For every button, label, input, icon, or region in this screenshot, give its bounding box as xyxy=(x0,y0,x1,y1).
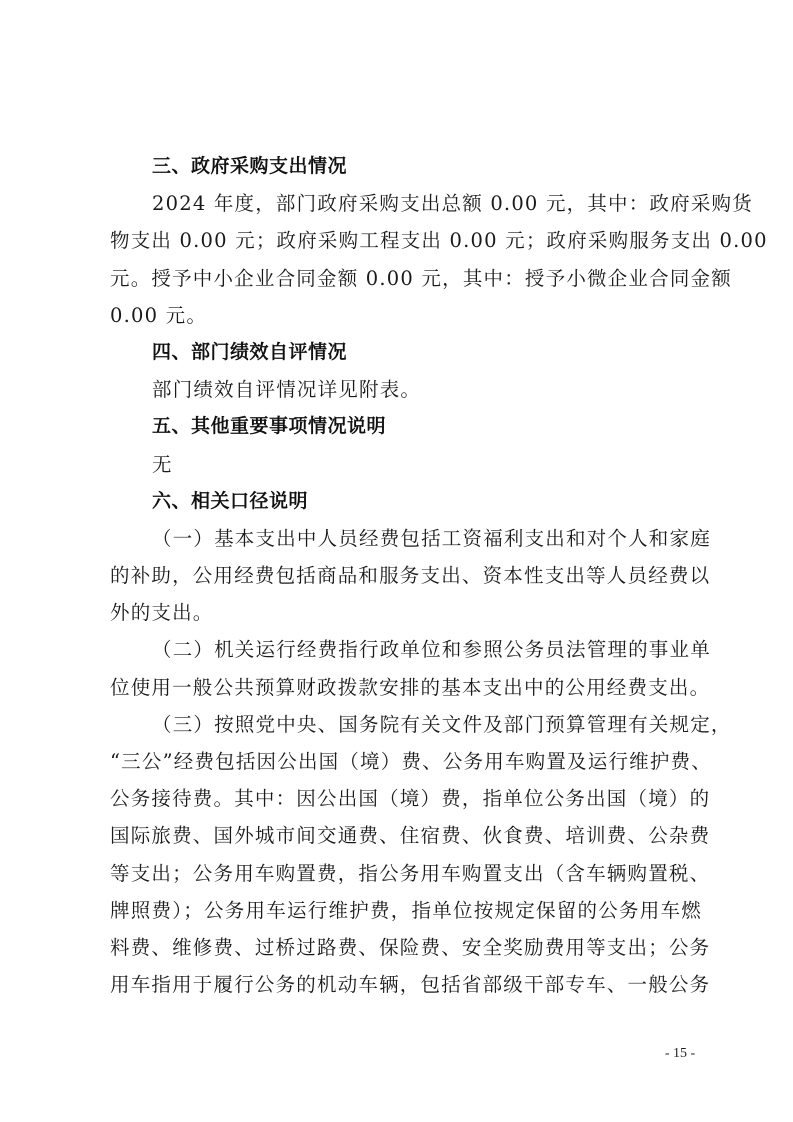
paragraph-line: （二）机关运行经费指行政单位和参照公务员法管理的事业单 xyxy=(110,631,702,668)
paragraph-line: （一）基本支出中人员经费包括工资福利支出和对个人和家庭 xyxy=(110,520,702,557)
paragraph-line: 等支出；公务用车购置费，指公务用车购置支出（含车辆购置税、 xyxy=(110,855,702,892)
section-heading-government-procurement: 三、政府采购支出情况 xyxy=(110,148,702,185)
section-heading-other-matters: 五、其他重要事项情况说明 xyxy=(110,408,702,445)
paragraph-line: 外的支出。 xyxy=(110,594,702,631)
paragraph-line: 牌照费）；公务用车运行维护费，指单位按规定保留的公务用车燃 xyxy=(110,892,702,929)
paragraph-line: 国际旅费、国外城市间交通费、住宿费、伙食费、培训费、公杂费 xyxy=(110,817,702,854)
paragraph-line: 元。授予中小企业合同金额 0.00 元，其中：授予小微企业合同金额 xyxy=(110,260,702,297)
paragraph-line: 0.00 元。 xyxy=(110,297,702,334)
paragraph-line: 无 xyxy=(110,446,702,483)
paragraph-line: 物支出 0.00 元；政府采购工程支出 0.00 元；政府采购服务支出 0.00 xyxy=(110,222,702,259)
paragraph-line: 用车指用于履行公务的机动车辆，包括省部级干部专车、一般公务 xyxy=(110,966,702,1003)
section-heading-performance-self-evaluation: 四、部门绩效自评情况 xyxy=(110,334,702,371)
paragraph-line: 位使用一般公共预算财政拨款安排的基本支出中的公用经费支出。 xyxy=(110,669,702,706)
document-page-body: 三、政府采购支出情况 2024 年度，部门政府采购支出总额 0.00 元，其中：… xyxy=(110,148,702,1003)
paragraph-line: 料费、维修费、过桥过路费、保险费、安全奖励费用等支出；公务 xyxy=(110,929,702,966)
paragraph-line: 2024 年度，部门政府采购支出总额 0.00 元，其中：政府采购货 xyxy=(110,185,702,222)
section-heading-definitions: 六、相关口径说明 xyxy=(110,483,702,520)
paragraph-line: “三公”经费包括因公出国（境）费、公务用车购置及运行维护费、 xyxy=(110,743,702,780)
page-number: - 15 - xyxy=(640,1046,720,1062)
paragraph-line: 部门绩效自评情况详见附表。 xyxy=(110,371,702,408)
paragraph-line: （三）按照党中央、国务院有关文件及部门预算管理有关规定， xyxy=(110,706,702,743)
paragraph-line: 的补助，公用经费包括商品和服务支出、资本性支出等人员经费以 xyxy=(110,557,702,594)
paragraph-line: 公务接待费。其中：因公出国（境）费，指单位公务出国（境）的 xyxy=(110,780,702,817)
